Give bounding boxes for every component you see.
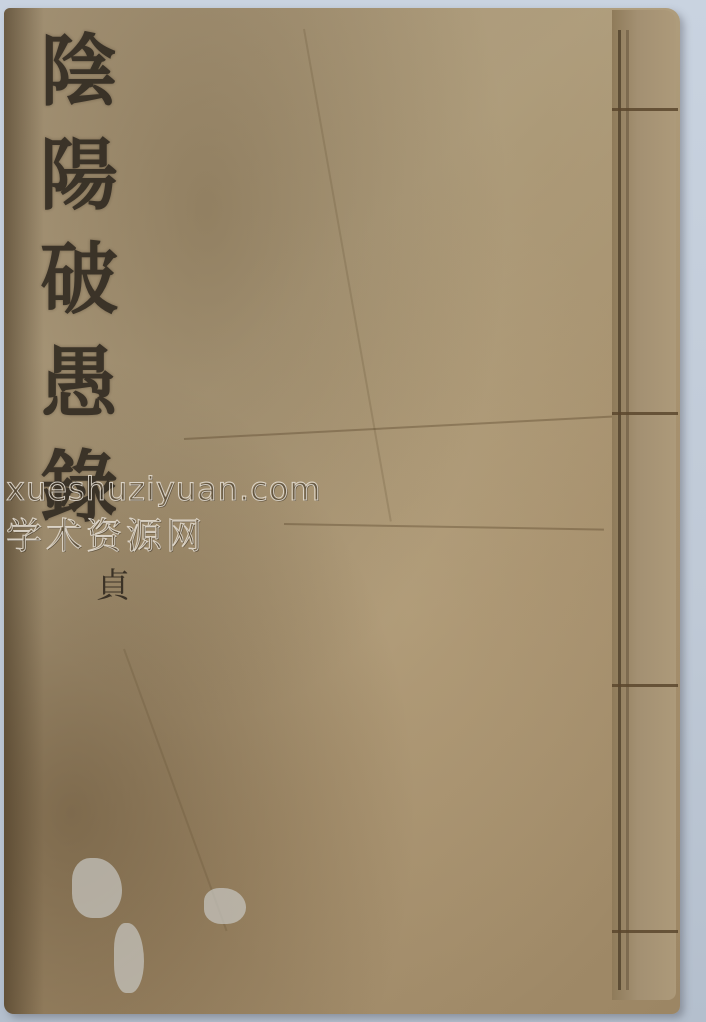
title-char: 陰	[40, 20, 118, 124]
paper-crease	[303, 29, 392, 522]
binding-thread	[612, 108, 678, 111]
binding-fold	[626, 30, 629, 990]
paper-crease	[284, 523, 604, 531]
watermark-url: xueshuziyuan.com	[6, 470, 321, 508]
binding-thread	[612, 412, 678, 415]
binding-thread	[612, 684, 678, 687]
title-char: 愚	[40, 332, 118, 436]
book-spine	[612, 10, 676, 1000]
binding-fold	[618, 30, 621, 990]
book-title: 陰 陽 破 愚 錄	[34, 20, 124, 540]
paper-damage	[72, 858, 122, 918]
volume-mark: 貞	[96, 558, 130, 607]
paper-crease	[184, 415, 614, 440]
paper-damage	[114, 923, 144, 993]
binding-thread	[612, 930, 678, 933]
watermark-site-name: 学术资源网	[6, 508, 206, 559]
paper-damage	[204, 888, 246, 924]
title-char: 陽	[40, 124, 118, 228]
title-char: 破	[40, 228, 118, 332]
